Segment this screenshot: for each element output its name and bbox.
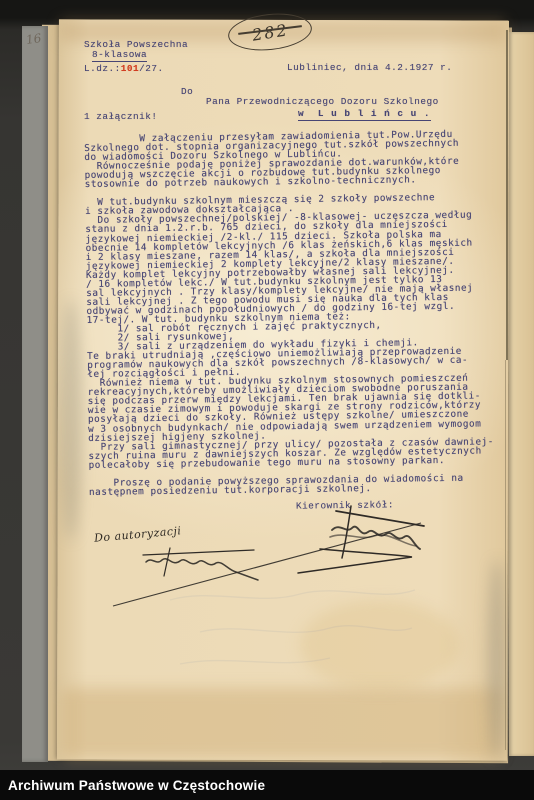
signoff-title: Kierownik szkół: xyxy=(296,499,394,511)
place-and-date: Lubliniec, dnia 4.2.1927 r. xyxy=(287,62,452,73)
recipient-title: Pana Przewodniczącego Dozoru Szkolnego xyxy=(206,96,439,107)
reference-number-line: L.dz.:101/27. xyxy=(84,63,164,74)
sender-school-line2: 8-klasowa xyxy=(92,49,147,62)
binding-strip xyxy=(22,26,48,762)
letter-body: W załączeniu przesyłam zawiadomienia tut… xyxy=(84,129,517,497)
reference-number-stamp: 101 xyxy=(121,63,139,74)
corner-pencil-number: 16 xyxy=(25,31,42,47)
salutation-to: Do xyxy=(181,86,193,97)
recipient-city: w L u b l i ń c u . xyxy=(298,108,431,121)
scanned-document-view: 16 282 Szkoła Powszechna 8-klasowa L.dz.… xyxy=(0,0,534,800)
archive-footer-bar: Archiwum Państwowe w Częstochowie xyxy=(0,770,534,800)
reference-prefix: L.dz.: xyxy=(84,63,121,74)
enclosure-note: 1 załącznik! xyxy=(84,111,158,122)
archive-name: Archiwum Państwowe w Częstochowie xyxy=(8,778,265,793)
reference-suffix: /27. xyxy=(139,63,164,74)
